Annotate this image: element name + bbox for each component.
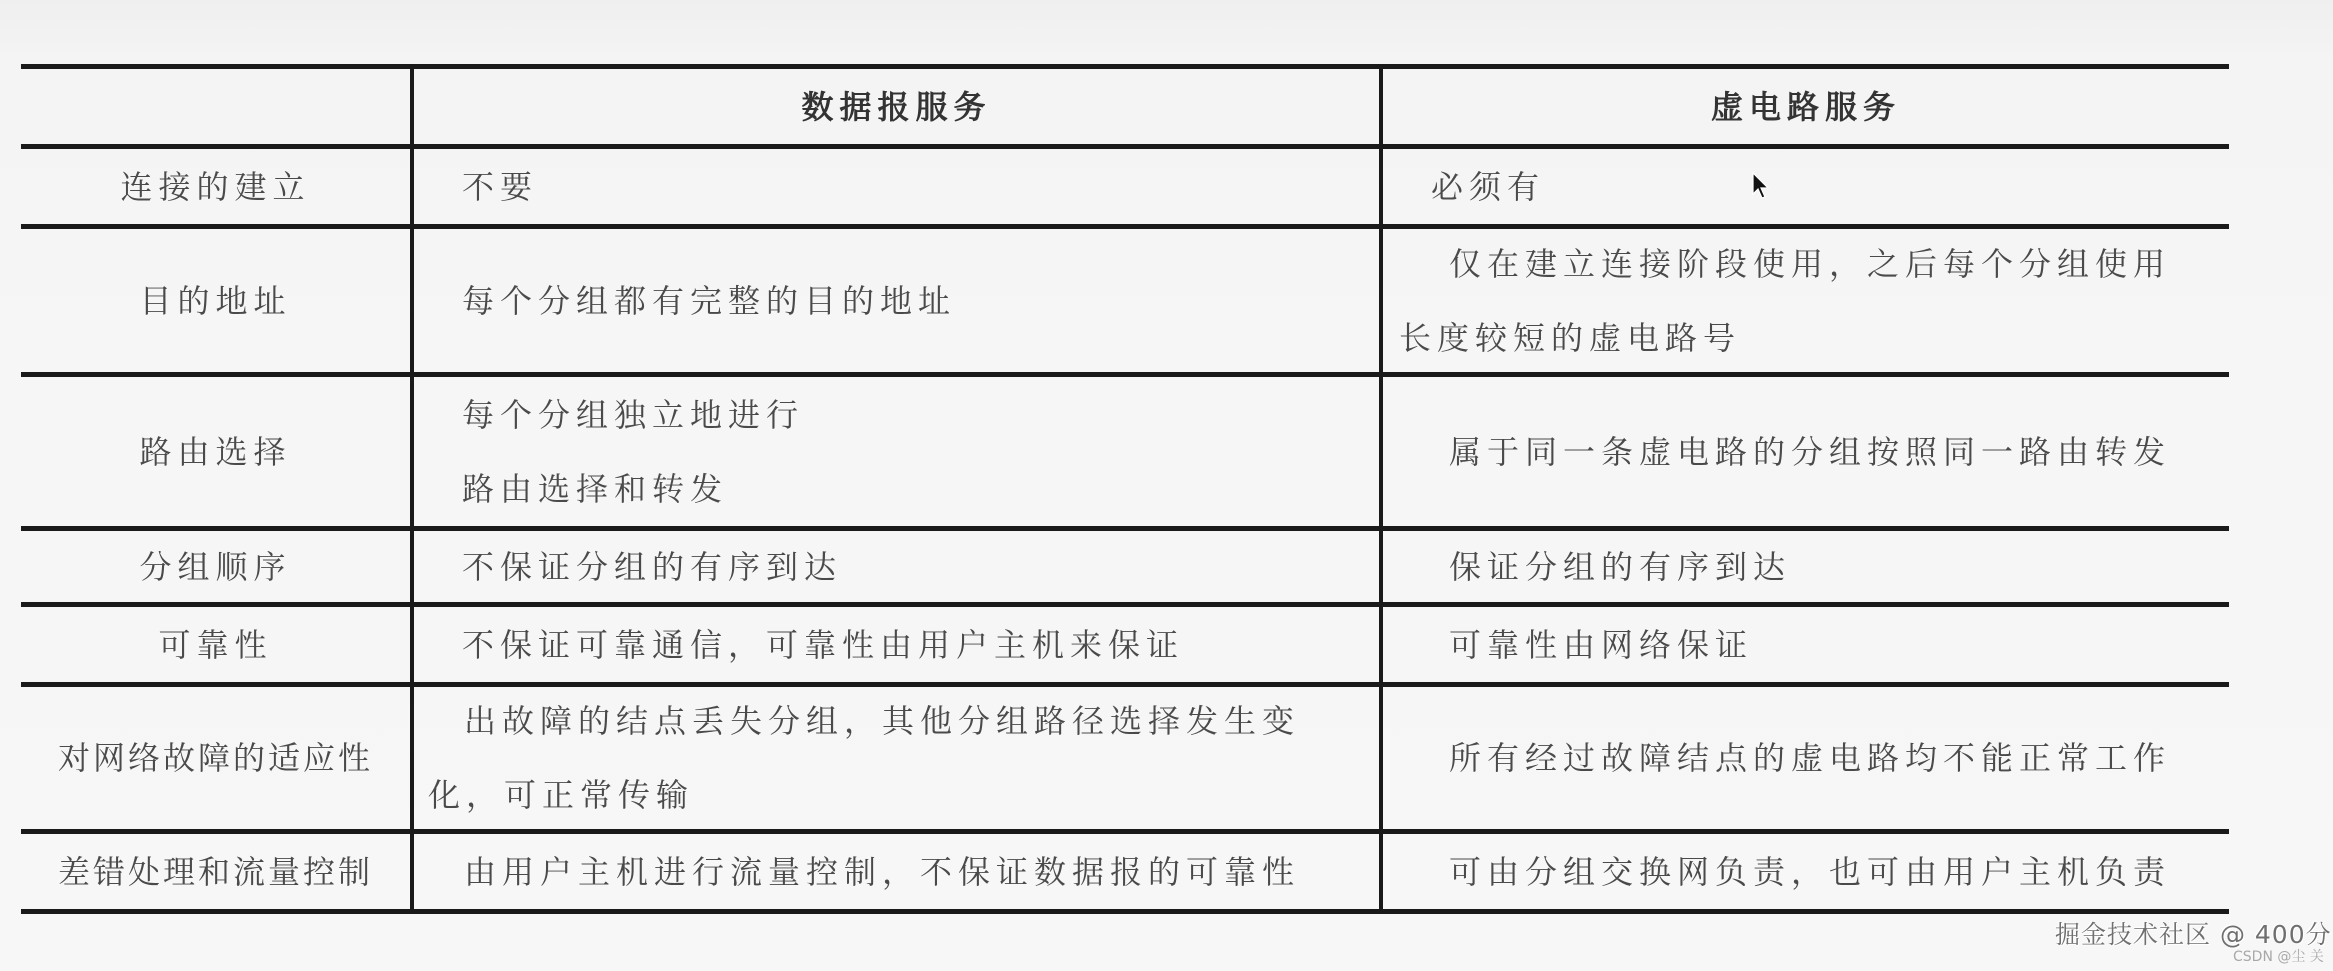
row-label: 差错处理和流量控制 <box>21 834 410 909</box>
virtual-circuit-cell: 仅在建立连接阶段使用，之后每个分组使用 长度较短的虚电路号 <box>1383 229 2247 372</box>
datagram-cell: 每个分组都有完整的目的地址 <box>414 229 1379 372</box>
header-datagram: 数据报服务 <box>414 69 1379 144</box>
datagram-cell: 不要 <box>414 149 1379 224</box>
row-label: 路由选择 <box>21 377 410 526</box>
row-label: 对网络故障的适应性 <box>21 687 410 829</box>
virtual-circuit-cell: 属于同一条虚电路的分组按照同一路由转发 <box>1383 377 2247 526</box>
row-label: 可靠性 <box>21 607 410 682</box>
row-label: 目的地址 <box>21 229 410 372</box>
datagram-cell: 不保证分组的有序到达 <box>414 531 1379 602</box>
header-virtual-circuit: 虚电路服务 <box>1383 69 2229 144</box>
row-label: 连接的建立 <box>21 149 410 224</box>
watermark-csdn: CSDN @尘 关 <box>2233 946 2324 966</box>
comparison-table: 数据报服务 虚电路服务 连接的建立 不要 必须有 目的地址 每个分组都有完整的目… <box>21 64 2229 913</box>
header-datagram-label: 数据报服务 <box>801 70 991 144</box>
virtual-circuit-cell: 可由分组交换网负责，也可由用户主机负责 <box>1383 834 2247 909</box>
datagram-cell: 不保证可靠通信，可靠性由用户主机来保证 <box>414 607 1379 682</box>
row-label: 分组顺序 <box>21 531 410 602</box>
datagram-cell: 由用户主机进行流量控制，不保证数据报的可靠性 <box>414 834 1381 909</box>
virtual-circuit-cell: 所有经过故障结点的虚电路均不能正常工作 <box>1383 687 2247 829</box>
mouse-pointer-icon <box>1752 172 1770 200</box>
virtual-circuit-cell: 可靠性由网络保证 <box>1383 607 2247 682</box>
datagram-cell: 每个分组独立地进行 路由选择和转发 <box>414 377 1379 526</box>
table-rule <box>21 909 2229 914</box>
datagram-cell: 出故障的结点丢失分组，其他分组路径选择发生变 化，可正常传输 <box>414 687 1381 829</box>
virtual-circuit-cell: 必须有 <box>1383 149 2229 224</box>
header-virtual-circuit-label: 虚电路服务 <box>1711 70 1901 144</box>
virtual-circuit-cell: 保证分组的有序到达 <box>1383 531 2247 602</box>
